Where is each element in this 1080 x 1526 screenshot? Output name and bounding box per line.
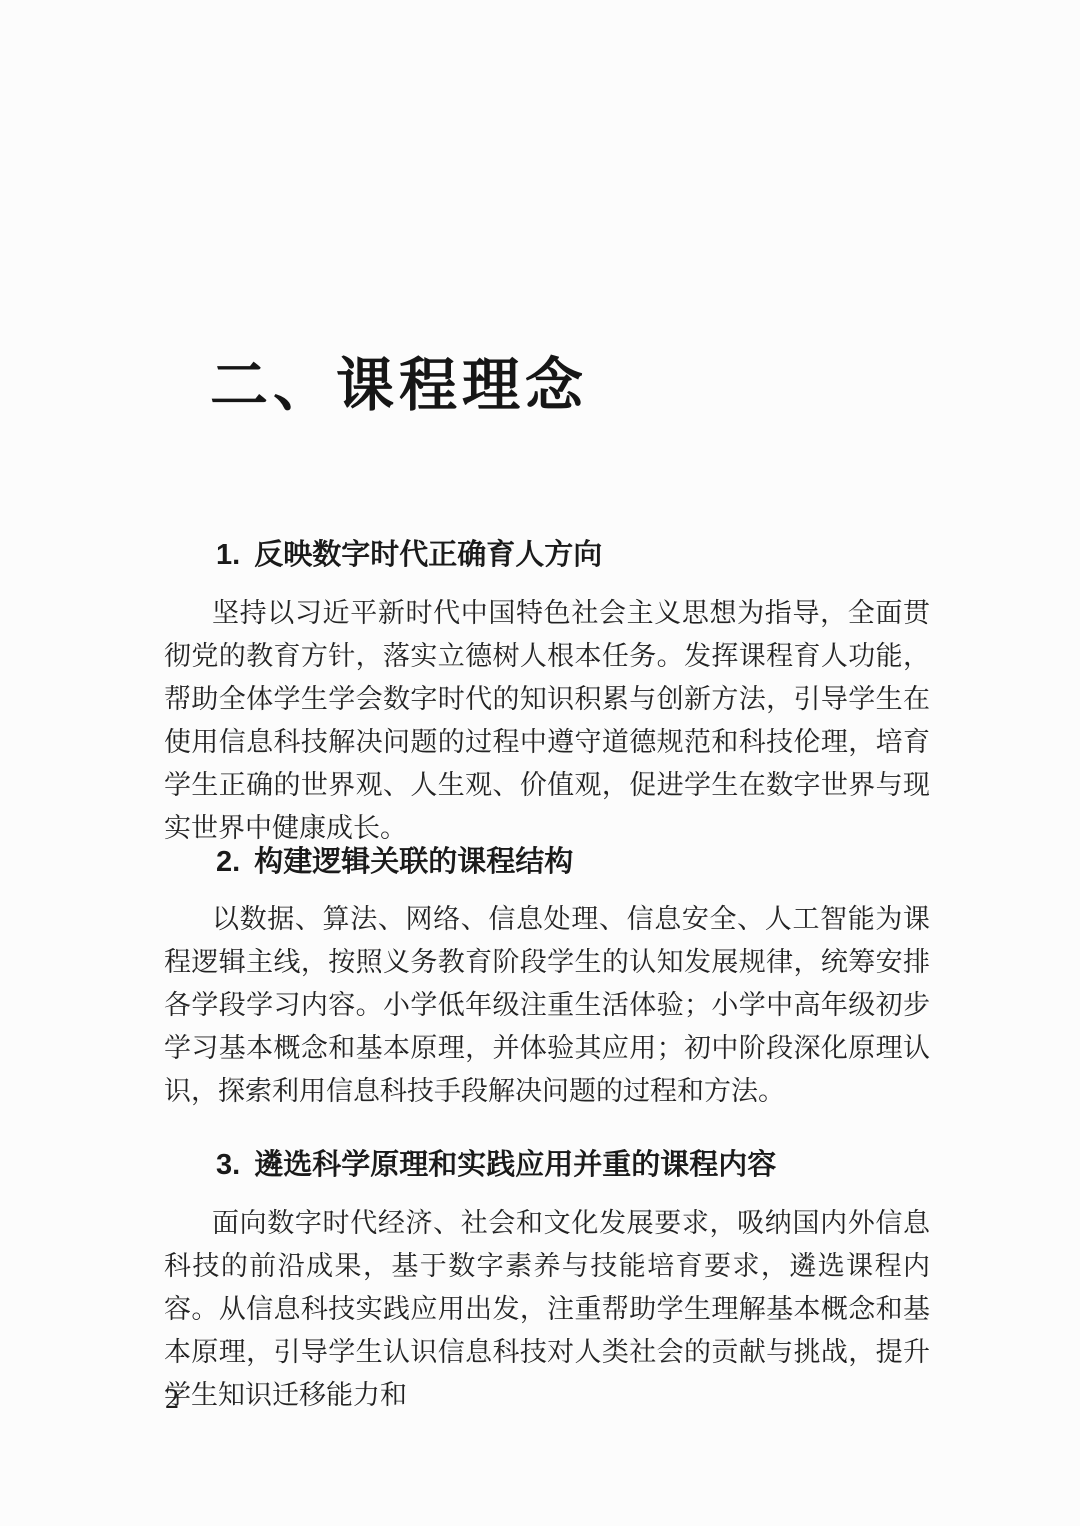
page-number: 2 (165, 1384, 179, 1416)
section-paragraph: 面向数字时代经济、社会和文化发展要求，吸纳国内外信息科技的前沿成果，基于数字素养… (164, 1202, 930, 1417)
section-number: 3. (216, 1149, 240, 1182)
section-heading-text: 反映数字时代正确育人方向 (254, 539, 602, 571)
section-heading-3: 3.遴选科学原理和实践应用并重的课程内容 (216, 1142, 776, 1183)
section-paragraph: 以数据、算法、网络、信息处理、信息安全、人工智能为课程逻辑主线，按照义务教育阶段… (164, 898, 930, 1113)
document-page: 二、课程理念 1.反映数字时代正确育人方向 坚持以习近平新时代中国特色社会主义思… (0, 0, 1080, 1526)
section-number: 2. (216, 846, 240, 879)
section-paragraph: 坚持以习近平新时代中国特色社会主义思想为指导，全面贯彻党的教育方针，落实立德树人… (164, 592, 930, 850)
section-heading-text: 遴选科学原理和实践应用并重的课程内容 (254, 1149, 776, 1181)
section-heading-1: 1.反映数字时代正确育人方向 (216, 532, 602, 573)
section-heading-text: 构建逻辑关联的课程结构 (254, 846, 573, 878)
page-title: 二、课程理念 (210, 338, 588, 422)
section-heading-2: 2.构建逻辑关联的课程结构 (216, 839, 573, 880)
section-number: 1. (216, 539, 240, 572)
